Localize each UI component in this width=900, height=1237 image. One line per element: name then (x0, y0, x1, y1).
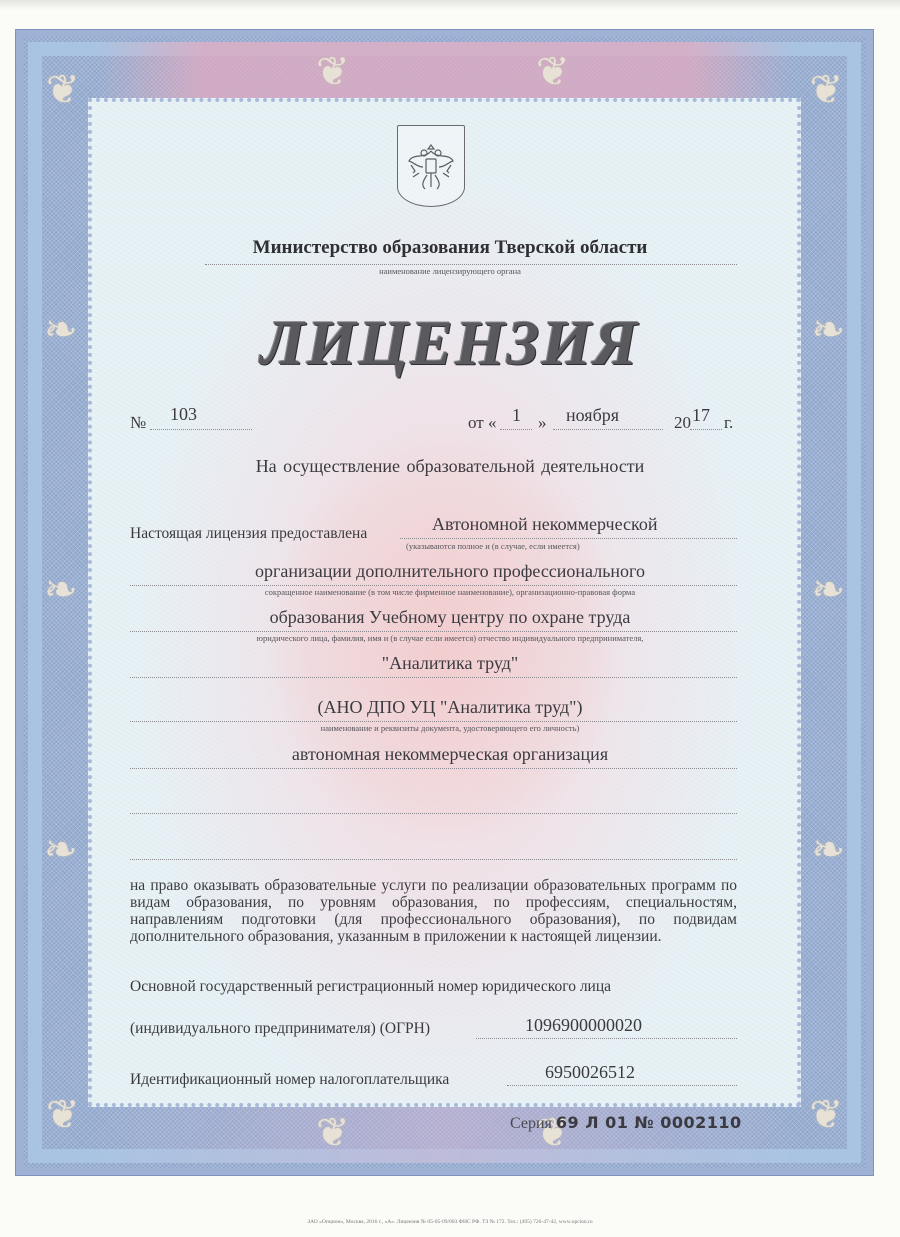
month-underline (553, 429, 663, 430)
year-prefix: 20 (674, 413, 691, 433)
licensee-line-2: организации дополнительного профессионал… (0, 561, 900, 582)
scroll-ornament-icon: ❦ (46, 1095, 80, 1135)
inn-label: Идентификационный номер налогоплательщик… (130, 1071, 449, 1089)
date-month: ноября (566, 405, 619, 426)
scroll-ornament-icon: ❦ (46, 70, 80, 110)
number-underline (150, 429, 252, 430)
date-day: 1 (512, 405, 521, 426)
licensee-underline-1 (400, 538, 737, 539)
scroll-ornament-icon: ❦ (536, 52, 570, 92)
number-label: № (130, 413, 146, 433)
blank-underline-1 (130, 813, 737, 814)
blank-underline-2 (130, 859, 737, 860)
scroll-ornament-icon: ❧ (44, 830, 78, 870)
coat-of-arms-icon (397, 125, 465, 207)
series-number: 69 Л 01 № 0002110 (556, 1113, 742, 1132)
licensing-authority: Министерство образования Тверской област… (0, 237, 900, 259)
license-number: 103 (170, 404, 197, 425)
date-mid: » (538, 413, 547, 433)
printer-imprint: ЗАО «Опцион», Москва, 2016 г., «А». Лице… (0, 1219, 900, 1225)
licensee-underline-5 (130, 721, 737, 722)
licensee-underline-3 (130, 631, 737, 632)
licensee-caption-1: (указываются полное и (в случае, если им… (406, 541, 580, 551)
scroll-ornament-icon: ❦ (809, 70, 843, 110)
document-title: ЛИЦЕНЗИЯ (0, 306, 900, 380)
series-label: Серия (510, 1115, 552, 1132)
licensee-short-name: (АНО ДПО УЦ "Аналитика труд") (0, 697, 900, 718)
double-headed-eagle-icon (405, 137, 457, 195)
licensee-line-3: образования Учебному центру по охране тр… (0, 607, 900, 628)
licensee-underline-6 (130, 768, 737, 769)
ogrn-value: 1096900000020 (525, 1015, 642, 1036)
licensee-underline-4 (130, 677, 737, 678)
year-underline (690, 429, 722, 430)
scroll-ornament-icon: ❦ (316, 1113, 350, 1153)
scroll-ornament-icon: ❧ (811, 830, 845, 870)
licensee-line-1: Автономной некоммерческой (432, 514, 658, 535)
license-rights-text: на право оказывать образовательные услуг… (130, 877, 737, 945)
licensee-caption-4: наименование и реквизиты документа, удос… (0, 723, 900, 733)
licensee-caption-2: сокращенное наименование (в том числе фи… (0, 587, 900, 597)
licensee-legal-form: автономная некоммерческая организация (0, 744, 900, 765)
border-top-pink-band (96, 42, 793, 98)
licensee-line-4: "Аналитика труд" (0, 653, 900, 674)
form-series: Серия 69 Л 01 № 0002110 (510, 1113, 742, 1133)
year-end: г. (724, 413, 733, 433)
scan-edge (0, 0, 900, 10)
year-suffix: 17 (692, 405, 710, 426)
authority-caption: наименование лицензирующего органа (0, 266, 900, 276)
scroll-ornament-icon: ❦ (316, 52, 350, 92)
granted-to-label: Настоящая лицензия предоставлена (130, 525, 367, 543)
inn-value: 6950026512 (545, 1062, 635, 1083)
ogrn-label-line-2: (индивидуального предпринимателя) (ОГРН) (130, 1020, 430, 1038)
scroll-ornament-icon: ❦ (809, 1095, 843, 1135)
authority-underline (205, 264, 737, 265)
date-prefix: от « (468, 413, 496, 433)
day-underline (500, 429, 532, 430)
ogrn-label-line-1: Основной государственный регистрационный… (130, 978, 611, 996)
inn-underline (507, 1085, 737, 1086)
licensee-caption-3: юридического лица, фамилия, имя и (в слу… (0, 633, 900, 643)
ogrn-underline (476, 1038, 737, 1039)
licensee-underline-2 (130, 585, 737, 586)
license-purpose: На осуществление образовательной деятель… (0, 456, 900, 477)
